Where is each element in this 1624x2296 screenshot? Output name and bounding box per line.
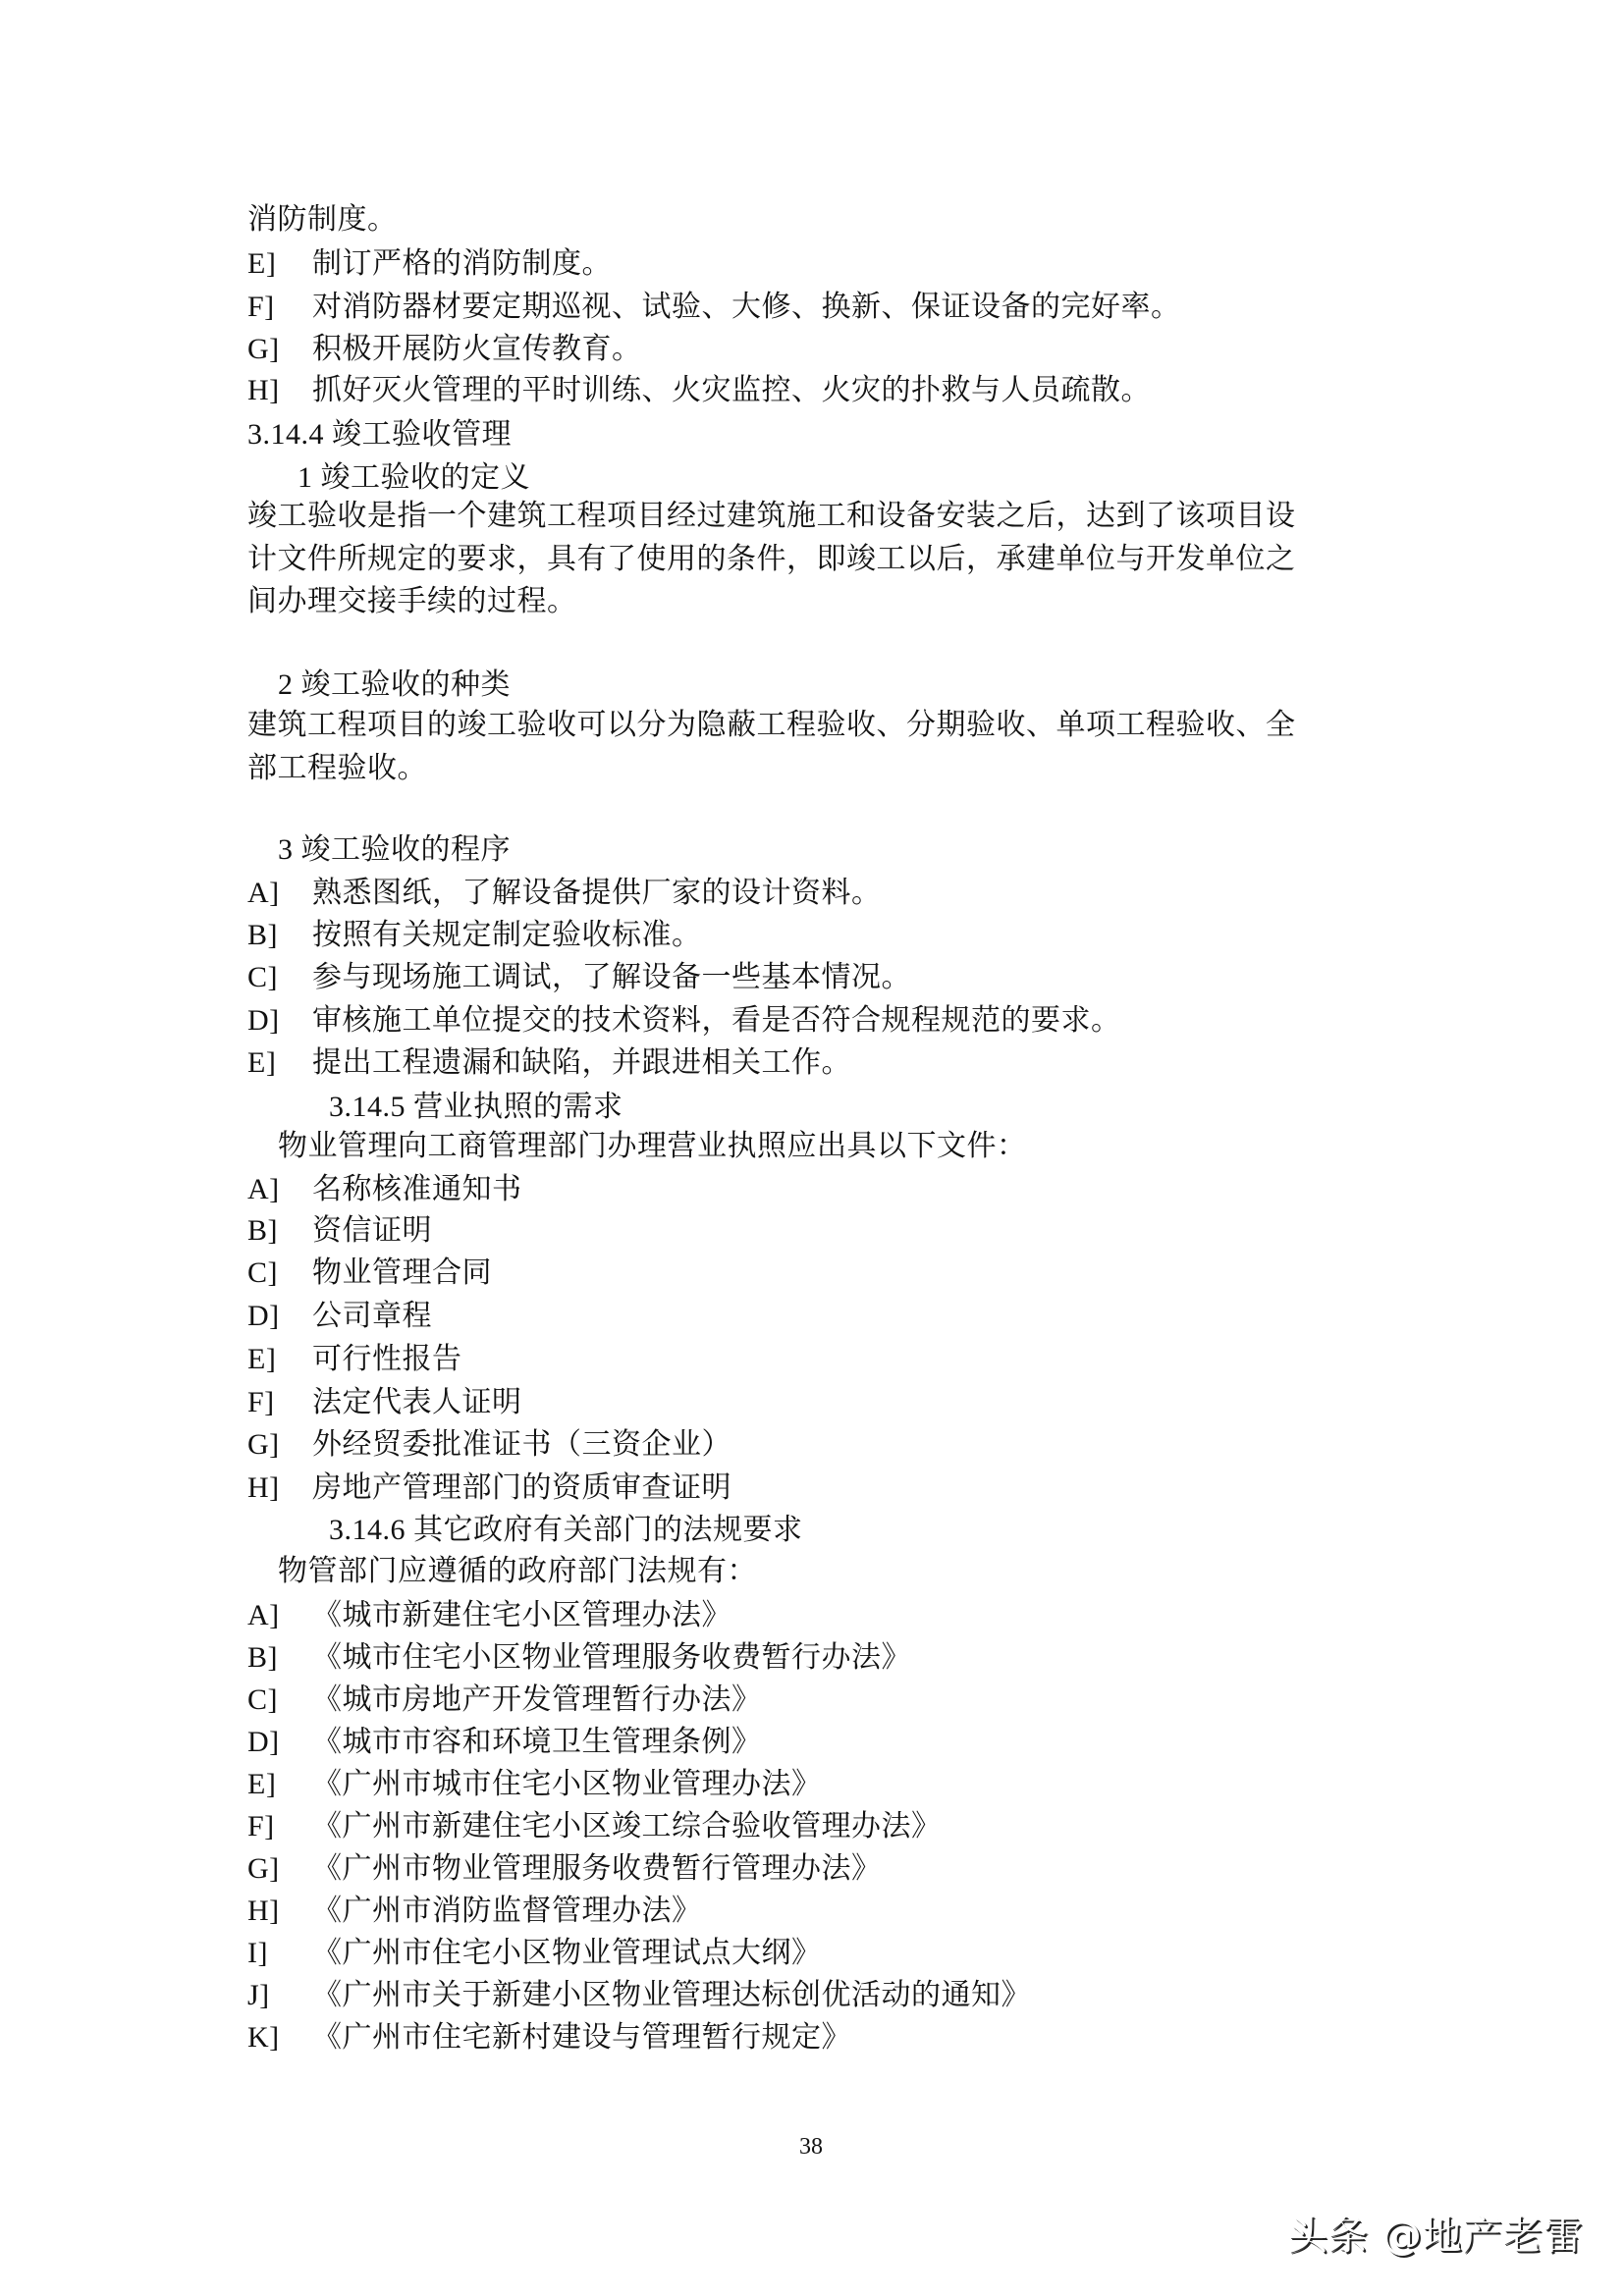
section-heading-3-14-4: 3.14.4 竣工验收管理 — [247, 413, 512, 455]
list-label: C] — [247, 1679, 312, 1721]
list-label: E] — [247, 242, 312, 285]
list-item: C]《城市房地产开发管理暂行办法》 — [247, 1679, 762, 1721]
list-item: A]名称核准通知书 — [247, 1168, 522, 1210]
list-item: K]《广州市住宅新村建设与管理暂行规定》 — [247, 2016, 851, 2058]
section-heading-3-14-6: 3.14.6 其它政府有关部门的法规要求 — [329, 1509, 803, 1551]
list-text: 《广州市物业管理服务收费暂行管理办法》 — [312, 1852, 882, 1885]
list-label: D] — [247, 1295, 312, 1337]
list-text: 抓好灭火管理的平时训练、火灾监控、火灾的扑救与人员疏散。 — [312, 374, 1151, 406]
list-text: 房地产管理部门的资质审查证明 — [312, 1471, 731, 1504]
line-text: 消防制度。 — [247, 203, 398, 236]
list-label: B] — [247, 1636, 312, 1679]
subheading-types: 2 竣工验收的种类 — [278, 664, 511, 706]
section-intro: 物业管理向工商管理部门办理营业执照应出具以下文件： — [278, 1125, 1027, 1167]
list-text: 审核施工单位提交的技术资料，看是否符合规程规范的要求。 — [312, 1004, 1121, 1037]
watermark: 头条 @地产老雷 — [1288, 2213, 1584, 2260]
list-label: E] — [247, 1041, 312, 1084]
paragraph-line: 竣工验收是指一个建筑工程项目经过建筑施工和设备安装之后，达到了该项目设 — [247, 495, 1296, 537]
list-label: C] — [247, 1252, 312, 1294]
list-text: 熟悉图纸，了解设备提供厂家的设计资料。 — [312, 877, 882, 909]
list-text: 物业管理合同 — [312, 1256, 492, 1289]
list-item: D]公司章程 — [247, 1295, 432, 1337]
list-text: 外经贸委批准证书（三资企业） — [312, 1428, 731, 1461]
list-text: 积极开展防火宣传教育。 — [312, 333, 642, 365]
list-text: 《城市房地产开发管理暂行办法》 — [312, 1683, 762, 1716]
list-item: I]《广州市住宅小区物业管理试点大纲》 — [247, 1932, 822, 1974]
list-label: H] — [247, 369, 312, 411]
list-text: 《广州市住宅小区物业管理试点大纲》 — [312, 1937, 822, 1969]
list-label: E] — [247, 1763, 312, 1805]
continuation-line: 消防制度。 — [247, 198, 398, 240]
list-item: F]法定代表人证明 — [247, 1381, 522, 1423]
list-label: E] — [247, 1338, 312, 1380]
list-item: G]《广州市物业管理服务收费暂行管理办法》 — [247, 1847, 882, 1890]
paragraph-line: 建筑工程项目的竣工验收可以分为隐蔽工程验收、分期验收、单项工程验收、全 — [247, 704, 1296, 746]
list-item: H]抓好灭火管理的平时训练、火灾监控、火灾的扑救与人员疏散。 — [247, 369, 1151, 411]
list-text: 制订严格的消防制度。 — [312, 247, 612, 280]
list-item: F]《广州市新建住宅小区竣工综合验收管理办法》 — [247, 1805, 942, 1847]
list-label: D] — [247, 999, 312, 1041]
list-item: F]对消防器材要定期巡视、试验、大修、换新、保证设备的完好率。 — [247, 286, 1181, 328]
list-text: 可行性报告 — [312, 1343, 462, 1375]
subheading-definition: 1 竣工验收的定义 — [298, 456, 530, 499]
list-text: 《广州市关于新建小区物业管理达标创优活动的通知》 — [312, 1979, 1031, 2011]
list-item: E]提出工程遗漏和缺陷，并跟进相关工作。 — [247, 1041, 851, 1084]
section-heading-3-14-5: 3.14.5 营业执照的需求 — [329, 1086, 623, 1128]
list-item: C]物业管理合同 — [247, 1252, 492, 1294]
list-label: G] — [247, 1423, 312, 1466]
list-text: 名称核准通知书 — [312, 1173, 522, 1205]
list-item: H]《广州市消防监督管理办法》 — [247, 1890, 702, 1932]
paragraph-line: 计文件所规定的要求，具有了使用的条件，即竣工以后，承建单位与开发单位之 — [247, 538, 1296, 580]
list-item: E]制订严格的消防制度。 — [247, 242, 612, 285]
list-label: B] — [247, 1209, 312, 1252]
list-text: 按照有关规定制定验收标准。 — [312, 919, 702, 951]
list-item: A]《城市新建住宅小区管理办法》 — [247, 1594, 731, 1636]
list-text: 法定代表人证明 — [312, 1386, 522, 1418]
list-text: 参与现场施工调试，了解设备一些基本情况。 — [312, 961, 911, 993]
list-label: A] — [247, 872, 312, 914]
list-text: 公司章程 — [312, 1300, 432, 1332]
list-label: F] — [247, 1805, 312, 1847]
list-item: E]《广州市城市住宅小区物业管理办法》 — [247, 1763, 822, 1805]
list-label: I] — [247, 1932, 312, 1974]
document-page: 消防制度。 E]制订严格的消防制度。 F]对消防器材要定期巡视、试验、大修、换新… — [0, 0, 1624, 2296]
list-item: J]《广州市关于新建小区物业管理达标创优活动的通知》 — [247, 1974, 1031, 2016]
list-label: F] — [247, 1381, 312, 1423]
list-label: K] — [247, 2016, 312, 2058]
subheading-procedure: 3 竣工验收的程序 — [278, 828, 511, 871]
list-label: G] — [247, 1847, 312, 1890]
list-label: J] — [247, 1974, 312, 2016]
list-text: 《广州市消防监督管理办法》 — [312, 1895, 702, 1927]
list-text: 提出工程遗漏和缺陷，并跟进相关工作。 — [312, 1046, 851, 1079]
list-item: D]《城市市容和环境卫生管理条例》 — [247, 1721, 762, 1763]
list-label: H] — [247, 1467, 312, 1509]
list-item: H]房地产管理部门的资质审查证明 — [247, 1467, 731, 1509]
list-item: D]审核施工单位提交的技术资料，看是否符合规程规范的要求。 — [247, 999, 1121, 1041]
list-label: B] — [247, 914, 312, 956]
list-item: E]可行性报告 — [247, 1338, 462, 1380]
list-item: B]《城市住宅小区物业管理服务收费暂行办法》 — [247, 1636, 911, 1679]
list-text: 《广州市住宅新村建设与管理暂行规定》 — [312, 2021, 851, 2054]
list-label: A] — [247, 1168, 312, 1210]
list-label: C] — [247, 956, 312, 998]
list-text: 资信证明 — [312, 1214, 432, 1247]
paragraph-line: 间办理交接手续的过程。 — [247, 580, 577, 622]
page-number: 38 — [799, 2134, 823, 2160]
list-item: C]参与现场施工调试，了解设备一些基本情况。 — [247, 956, 911, 998]
list-label: G] — [247, 328, 312, 370]
paragraph-line: 部工程验收。 — [247, 747, 427, 789]
list-item: G]积极开展防火宣传教育。 — [247, 328, 642, 370]
list-label: H] — [247, 1890, 312, 1932]
list-label: D] — [247, 1721, 312, 1763]
list-item: A]熟悉图纸，了解设备提供厂家的设计资料。 — [247, 872, 882, 914]
list-text: 《广州市新建住宅小区竣工综合验收管理办法》 — [312, 1810, 942, 1842]
list-text: 《广州市城市住宅小区物业管理办法》 — [312, 1768, 822, 1800]
list-text: 《城市市容和环境卫生管理条例》 — [312, 1726, 762, 1758]
list-text: 对消防器材要定期巡视、试验、大修、换新、保证设备的完好率。 — [312, 291, 1181, 323]
section-intro: 物管部门应遵循的政府部门法规有： — [278, 1550, 757, 1592]
list-item: B]按照有关规定制定验收标准。 — [247, 914, 702, 956]
list-item: B]资信证明 — [247, 1209, 432, 1252]
list-text: 《城市住宅小区物业管理服务收费暂行办法》 — [312, 1641, 911, 1674]
list-item: G]外经贸委批准证书（三资企业） — [247, 1423, 731, 1466]
list-label: A] — [247, 1594, 312, 1636]
list-label: F] — [247, 286, 312, 328]
list-text: 《城市新建住宅小区管理办法》 — [312, 1599, 731, 1631]
